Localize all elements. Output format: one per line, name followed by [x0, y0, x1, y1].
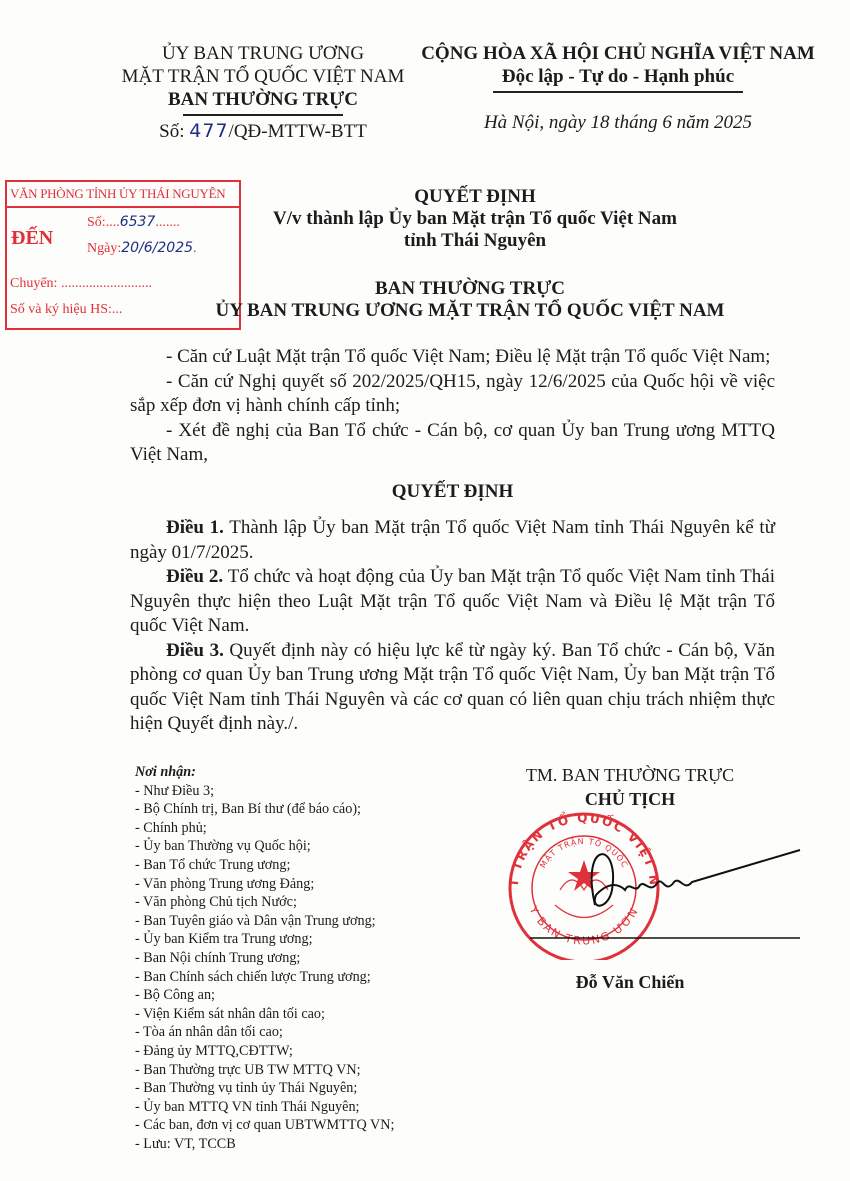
- recipient-item: - Tòa án nhân dân tối cao;: [135, 1023, 455, 1042]
- recipient-item: - Viện Kiểm sát nhân dân tối cao;: [135, 1005, 455, 1024]
- article-1: Điều 1. Thành lập Ủy ban Mặt trận Tổ quố…: [130, 516, 775, 565]
- stamp-so-value: 6537: [120, 214, 156, 230]
- on-behalf: TM. BAN THƯỜNG TRỰC: [470, 763, 790, 787]
- issue-date: Hà Nội, ngày 18 tháng 6 năm 2025: [408, 111, 828, 134]
- article-2: Điều 2. Tổ chức và hoạt động của Ủy ban …: [130, 565, 775, 639]
- recipients-items: - Như Điều 3;- Bộ Chính trị, Ban Bí thư …: [135, 782, 455, 1154]
- national-motto-block: CỘNG HÒA XÃ HỘI CHỦ NGHĨA VIỆT NAM Độc l…: [408, 42, 828, 134]
- document-number-handwritten: 477: [189, 120, 228, 142]
- official-seal-and-signature: MẶT TRẬN TỔ QUỐC VIỆT NAM MẶT TRẬN TỔ QU…: [500, 810, 820, 960]
- authority-block: BAN THƯỜNG TRỰC ỦY BAN TRUNG ƯƠNG MẶT TR…: [170, 278, 770, 322]
- recipient-item: - Ban Tổ chức Trung ương;: [135, 856, 455, 875]
- recipient-item: - Ủy ban Kiểm tra Trung ương;: [135, 930, 455, 949]
- stamp-so: Số:....6537.......: [87, 214, 180, 231]
- stamp-office: VĂN PHÒNG TỈNH ỦY THÁI NGUYÊN: [7, 182, 239, 208]
- decision-heading: QUYẾT ĐỊNH: [130, 481, 775, 503]
- recipient-item: - Ban Tuyên giáo và Dân vận Trung ương;: [135, 912, 455, 931]
- signature-block: TM. BAN THƯỜNG TRỰC CHỦ TỊCH: [470, 763, 790, 811]
- stamp-ngay-value: 20/6/2025: [121, 240, 193, 256]
- stamp-hs: Số và ký hiệu HS:...: [10, 302, 122, 318]
- authority-line-2: ỦY BAN TRUNG ƯƠNG MẶT TRẬN TỔ QUỐC VIỆT …: [170, 300, 770, 322]
- document-number: Số: 477/QĐ-MTTW-BTT: [118, 120, 408, 143]
- recipients-title: Nơi nhận:: [135, 763, 455, 782]
- signer-position: CHỦ TỊCH: [470, 787, 790, 811]
- agency-line-3: BAN THƯỜNG TRỰC: [118, 88, 408, 111]
- issuing-agency-block: ỦY BAN TRUNG ƯƠNG MẶT TRẬN TỔ QUỐC VIỆT …: [118, 42, 408, 143]
- preamble-item: - Căn cứ Luật Mặt trận Tổ quốc Việt Nam;…: [130, 345, 775, 370]
- authority-line-1: BAN THƯỜNG TRỰC: [170, 278, 770, 300]
- recipient-item: - Ban Thường trực UB TW MTTQ VN;: [135, 1061, 455, 1080]
- preamble-item: - Xét đề nghị của Ban Tổ chức - Cán bộ, …: [130, 419, 775, 468]
- subject-line-1: V/v thành lập Ủy ban Mặt trận Tổ quốc Vi…: [240, 208, 710, 230]
- signer-name: Đỗ Văn Chiến: [470, 972, 790, 993]
- recipient-item: - Ban Nội chính Trung ương;: [135, 949, 455, 968]
- recipient-item: - Ban Thường vụ tỉnh ủy Thái Nguyên;: [135, 1079, 455, 1098]
- preamble-item: - Căn cứ Nghị quyết số 202/2025/QH15, ng…: [130, 370, 775, 419]
- recipient-item: - Ủy ban Thường vụ Quốc hội;: [135, 837, 455, 856]
- recipient-item: - Văn phòng Chủ tịch Nước;: [135, 893, 455, 912]
- subject-line-2: tỉnh Thái Nguyên: [240, 230, 710, 252]
- recipient-item: - Ban Chính sách chiến lược Trung ương;: [135, 968, 455, 987]
- document-type: QUYẾT ĐỊNH: [240, 186, 710, 208]
- preamble: - Căn cứ Luật Mặt trận Tổ quốc Việt Nam;…: [130, 345, 775, 468]
- national-motto: Độc lập - Tự do - Hạnh phúc: [408, 65, 828, 88]
- agency-underline: [183, 114, 343, 116]
- articles: Điều 1. Thành lập Ủy ban Mặt trận Tổ quố…: [130, 516, 775, 737]
- recipient-item: - Bộ Chính trị, Ban Bí thư (để báo cáo);: [135, 800, 455, 819]
- stamp-chuyen: Chuyển: ..........................: [10, 276, 152, 292]
- recipient-item: - Đảng ủy MTTQ,CĐTTW;: [135, 1042, 455, 1061]
- recipient-item: - Như Điều 3;: [135, 782, 455, 801]
- motto-underline: [493, 91, 743, 93]
- recipient-item: - Các ban, đơn vị cơ quan UBTWMTTQ VN;: [135, 1116, 455, 1135]
- recipient-item: - Văn phòng Trung ương Đảng;: [135, 875, 455, 894]
- recipient-item: - Chính phủ;: [135, 819, 455, 838]
- stamp-ngay: Ngày:20/6/2025.: [87, 240, 197, 257]
- document-title-block: QUYẾT ĐỊNH V/v thành lập Ủy ban Mặt trận…: [240, 186, 710, 252]
- article-3: Điều 3. Quyết định này có hiệu lực kể từ…: [130, 639, 775, 737]
- recipient-item: - Bộ Công an;: [135, 986, 455, 1005]
- agency-line-1: ỦY BAN TRUNG ƯƠNG: [118, 42, 408, 65]
- agency-line-2: MẶT TRẬN TỔ QUỐC VIỆT NAM: [118, 65, 408, 88]
- stamp-den: ĐẾN: [11, 227, 53, 250]
- national-title: CỘNG HÒA XÃ HỘI CHỦ NGHĨA VIỆT NAM: [408, 42, 828, 65]
- recipients-list: Nơi nhận: - Như Điều 3;- Bộ Chính trị, B…: [135, 763, 455, 1153]
- recipient-item: - Lưu: VT, TCCB: [135, 1135, 455, 1154]
- signature-stroke: [530, 850, 800, 938]
- recipient-item: - Ủy ban MTTQ VN tỉnh Thái Nguyên;: [135, 1098, 455, 1117]
